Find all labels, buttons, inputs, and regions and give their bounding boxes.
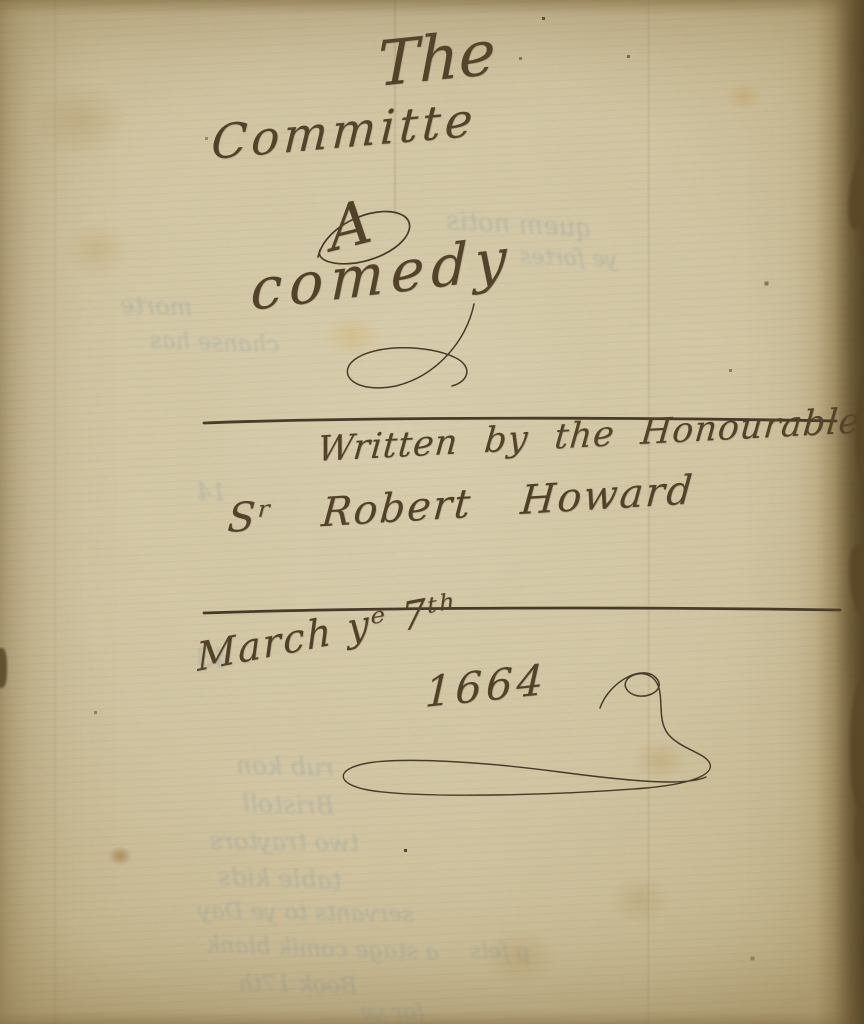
knot-flourish bbox=[600, 673, 704, 757]
ghost-text-line: 14 bbox=[196, 477, 228, 506]
ghost-text-line: two traytors bbox=[210, 827, 360, 858]
ghost-text-line: table kids bbox=[218, 862, 343, 895]
ghost-text-line: morte bbox=[120, 291, 193, 322]
byline: Written by the Honourable bbox=[316, 401, 862, 470]
comedy-tail-flourish bbox=[347, 304, 474, 388]
title-genre: comedy bbox=[250, 225, 514, 324]
author-name: Sʳ Robert Howard bbox=[226, 467, 696, 542]
ghost-text-line: a stage comik blank bbox=[206, 932, 440, 966]
page-edge-tear bbox=[850, 680, 864, 810]
manuscript-page: quem notisye fortesmortechanse has1443ru… bbox=[0, 0, 864, 1024]
ghost-text-line: rub kon bbox=[236, 750, 335, 782]
ghost-text-line: chanse has bbox=[150, 328, 280, 358]
date-year: 1664 bbox=[424, 655, 548, 717]
ghost-text-line: for ye bbox=[360, 999, 425, 1024]
title-word: Committe bbox=[210, 92, 478, 171]
page-edge-tear bbox=[846, 544, 864, 616]
date-line: March yᵉ 7ᵗʰ bbox=[196, 585, 460, 681]
ink-specks bbox=[0, 0, 1, 1]
title-article: The bbox=[378, 15, 495, 101]
ghost-text-line: servants to ye Day bbox=[198, 898, 414, 928]
page-edge-notch bbox=[0, 648, 7, 688]
ink-rule-bottom bbox=[204, 608, 840, 613]
ghost-text-line: p fels bbox=[470, 939, 531, 966]
ghost-text-line: Book 17th bbox=[238, 971, 358, 999]
figure-eight-flourish bbox=[343, 757, 710, 795]
ghost-text-line: Bristoll bbox=[242, 788, 335, 820]
ghost-text-line: ye fortes bbox=[520, 244, 618, 272]
vertical-crease bbox=[54, 0, 56, 1024]
page-edge-tear bbox=[854, 805, 864, 865]
page-edge-tear bbox=[845, 149, 864, 231]
